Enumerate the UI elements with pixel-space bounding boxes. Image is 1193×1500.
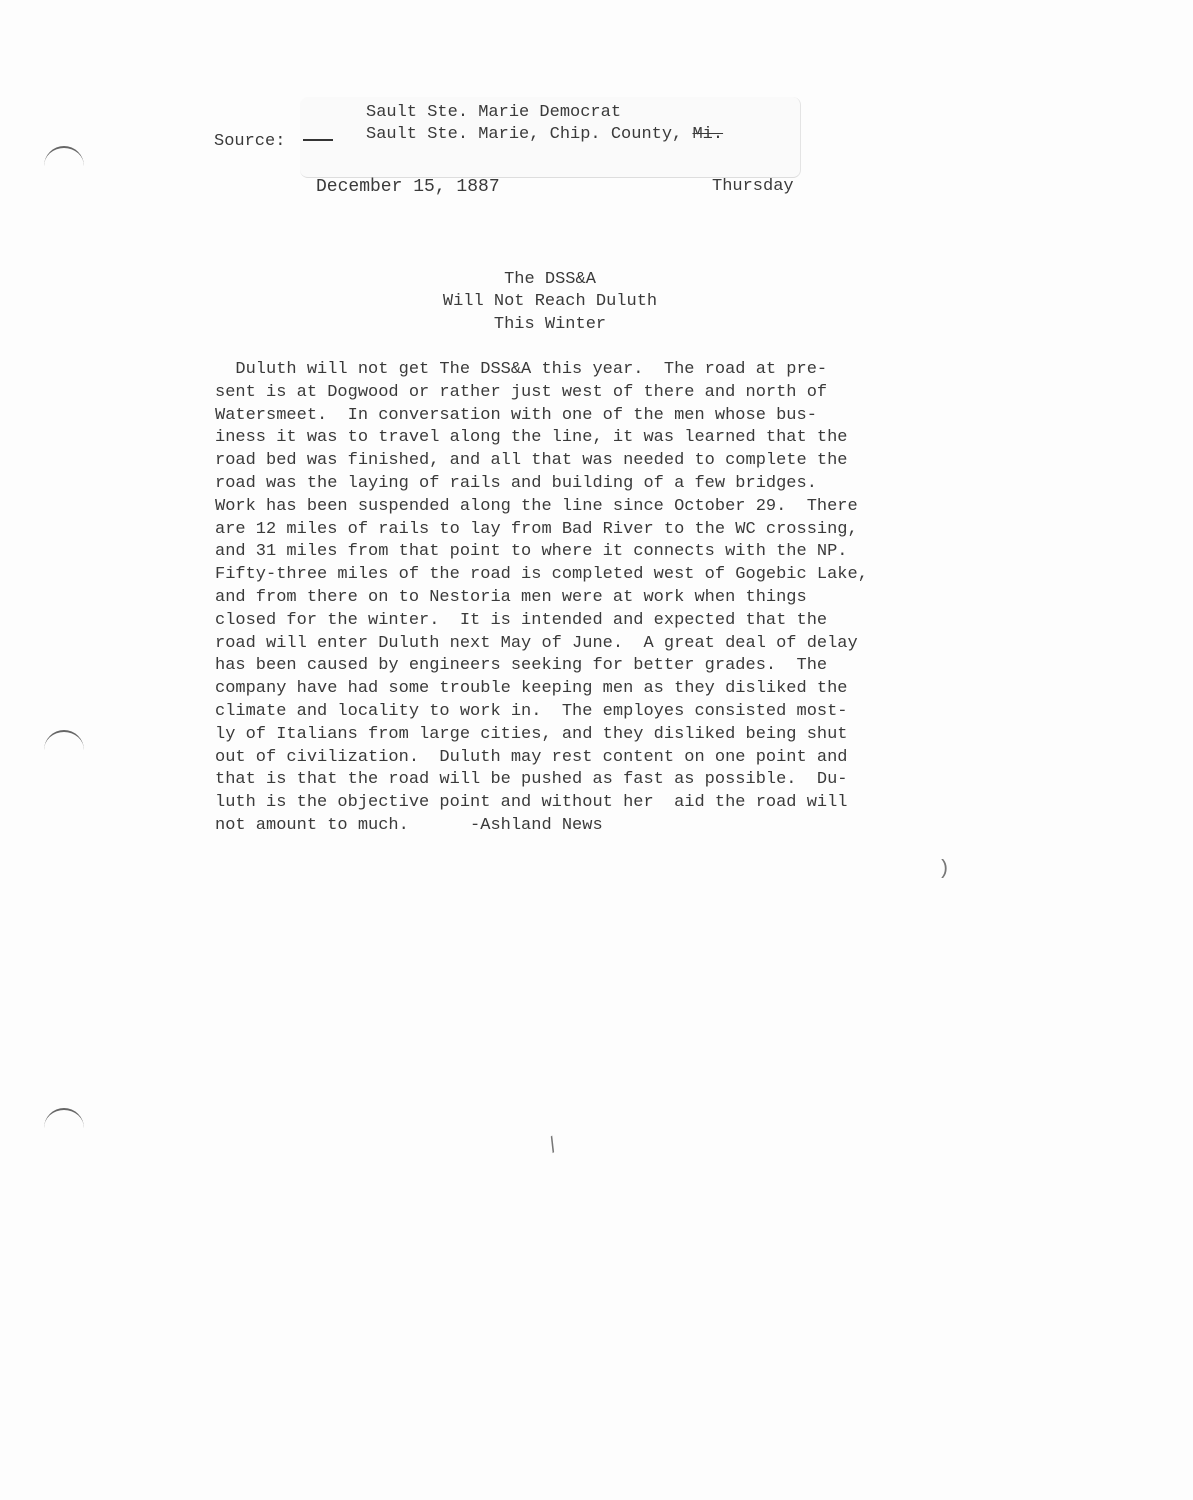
- document-page: ) / Source: Sault Ste. Marie Democrat Sa…: [0, 0, 1193, 1500]
- punch-hole-mark: [44, 730, 84, 756]
- source-location: Sault Ste. Marie, Chip. County, Mi.: [366, 125, 723, 144]
- publication-weekday: Thursday: [712, 177, 794, 196]
- source-dash: [303, 139, 333, 141]
- body-line: closed for the winter. It is intended an…: [215, 610, 955, 633]
- body-line: road was the laying of rails and buildin…: [215, 473, 955, 496]
- source-location-struck: Mi.: [692, 125, 723, 144]
- scan-mark: /: [542, 1134, 565, 1160]
- body-line: Duluth will not get The DSS&A this year.…: [215, 359, 955, 382]
- source-location-text: Sault Ste. Marie, Chip. County,: [366, 125, 692, 144]
- headline-line-1: The DSS&A: [380, 270, 720, 289]
- punch-hole-mark: [44, 146, 84, 172]
- body-line: road will enter Duluth next May of June.…: [215, 633, 955, 656]
- body-line: company have had some trouble keeping me…: [215, 678, 955, 701]
- publication-date: December 15, 1887: [316, 177, 500, 197]
- body-line: are 12 miles of rails to lay from Bad Ri…: [215, 519, 955, 542]
- body-line: and 31 miles from that point to where it…: [215, 541, 955, 564]
- body-line: luth is the objective point and without …: [215, 792, 955, 815]
- body-line: Fifty-three miles of the road is complet…: [215, 564, 955, 587]
- body-line: that is that the road will be pushed as …: [215, 769, 955, 792]
- source-label: Source:: [214, 132, 285, 151]
- body-line: Work has been suspended along the line s…: [215, 496, 955, 519]
- body-line: Watersmeet. In conversation with one of …: [215, 405, 955, 428]
- body-line: ly of Italians from large cities, and th…: [215, 724, 955, 747]
- body-line: and from there on to Nestoria men were a…: [215, 587, 955, 610]
- headline-line-3: This Winter: [380, 315, 720, 334]
- scan-mark: ): [938, 858, 950, 881]
- article-body: Duluth will not get The DSS&A this year.…: [215, 359, 955, 838]
- headline-line-2: Will Not Reach Duluth: [380, 292, 720, 311]
- body-line-attribution: not amount to much. -Ashland News: [215, 815, 955, 838]
- body-line: sent is at Dogwood or rather just west o…: [215, 382, 955, 405]
- body-line: out of civilization. Duluth may rest con…: [215, 747, 955, 770]
- body-line: road bed was finished, and all that was …: [215, 450, 955, 473]
- body-line: iness it was to travel along the line, i…: [215, 427, 955, 450]
- body-line: has been caused by engineers seeking for…: [215, 655, 955, 678]
- source-newspaper: Sault Ste. Marie Democrat: [366, 103, 621, 122]
- body-line: climate and locality to work in. The emp…: [215, 701, 955, 724]
- punch-hole-mark: [44, 1108, 84, 1134]
